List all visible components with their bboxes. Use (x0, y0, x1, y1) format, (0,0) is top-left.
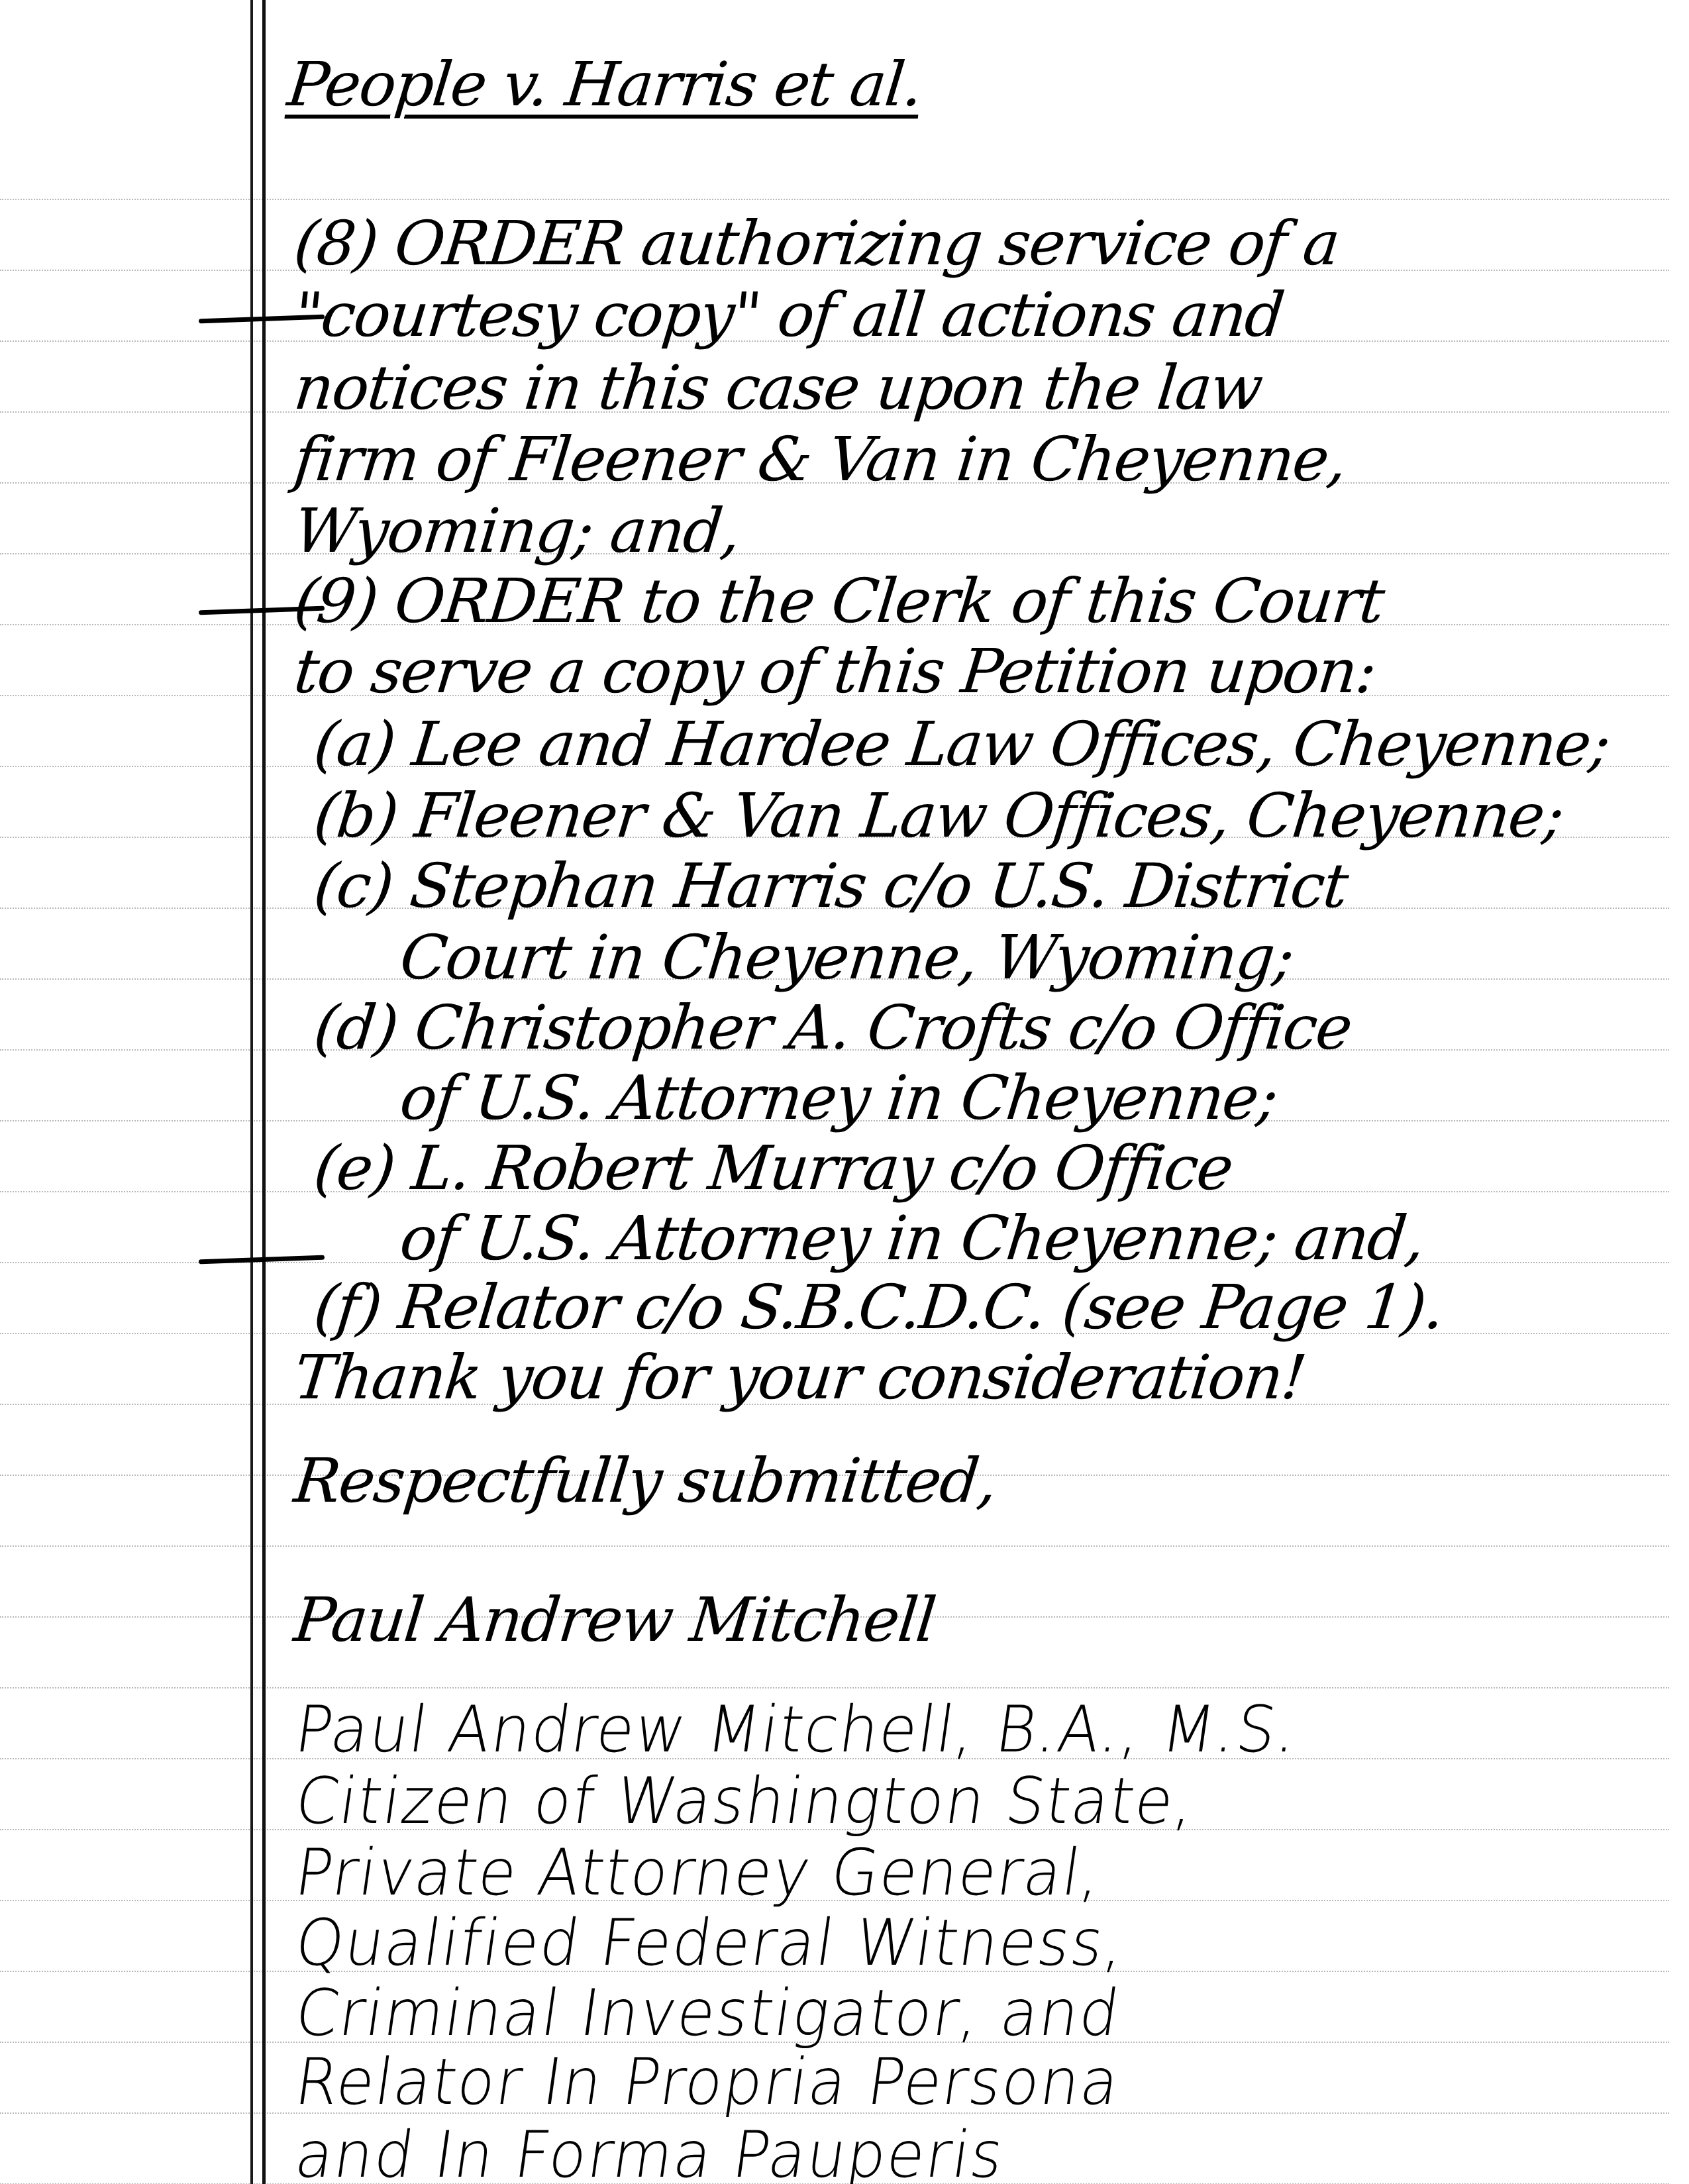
signature-block-line: Relator In Propria Persona (291, 2050, 1124, 2114)
item-8-line: "courtesy copy" of all actions and (291, 285, 1286, 346)
signature-block-line: Private Attorney General, (291, 1841, 1106, 1905)
item-9-line: to serve a copy of this Petition upon: (291, 641, 1378, 702)
signature-block-line: Criminal Investigator, and (291, 1981, 1124, 2046)
subitem-e: (e) L. Robert Murray c/o Office (311, 1138, 1235, 1199)
signature-block-line: Paul Andrew Mitchell, B.A., M.S. (291, 1698, 1302, 1762)
closing: Respectfully submitted, (291, 1451, 999, 1512)
margin-line (250, 0, 253, 2184)
signature: Paul Andrew Mitchell (291, 1590, 938, 1651)
signature-block-line: and In Forma Pauperis (291, 2123, 1008, 2184)
subitem-c: (c) Stephan Harris c/o U.S. District (311, 856, 1350, 917)
item-9-line: (9) ORDER to the Clerk of this Court (291, 571, 1386, 632)
thanks-line: Thank you for your consideration! (291, 1347, 1308, 1408)
item-8-line: notices in this case upon the law (291, 358, 1264, 419)
signature-block-line: Citizen of Washington State, (291, 1769, 1200, 1834)
subitem-c-cont: Court in Cheyenne, Wyoming; (397, 927, 1296, 988)
subitem-d: (d) Christopher A. Crofts c/o Office (311, 998, 1354, 1059)
item-8-line: firm of Fleener & Van in Cheyenne, (291, 429, 1349, 490)
margin-line (262, 0, 266, 2184)
case-caption: People v. Harris et al. (285, 54, 925, 115)
subitem-e-cont: of U.S. Attorney in Cheyenne; and, (397, 1208, 1427, 1269)
subitem-d-cont: of U.S. Attorney in Cheyenne; (397, 1068, 1280, 1129)
subitem-f: (f) Relator c/o S.B.C.D.C. (see Page 1). (311, 1277, 1446, 1338)
subitem-b: (b) Fleener & Van Law Offices, Cheyenne; (311, 786, 1566, 847)
handwritten-document-page: People v. Harris et al. (8) ORDER author… (0, 0, 1689, 2184)
item-8-line: (8) ORDER authorizing service of a (291, 213, 1342, 274)
item-8-line: Wyoming; and, (291, 501, 742, 562)
subitem-a: (a) Lee and Hardee Law Offices, Cheyenne… (311, 714, 1612, 775)
signature-block-line: Qualified Federal Witness, (291, 1911, 1129, 1975)
